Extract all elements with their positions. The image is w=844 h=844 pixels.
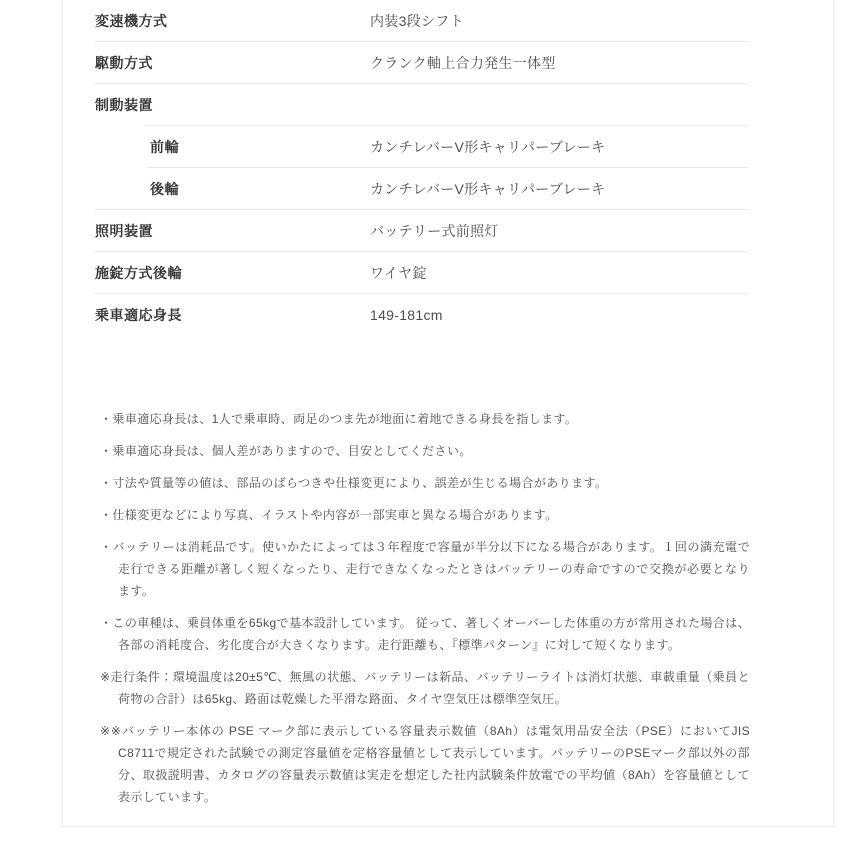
spec-value: バッテリー式前照灯 <box>370 221 748 241</box>
spec-value: クランク軸上合力発生一体型 <box>370 53 748 73</box>
note-driving-conditions: ※走行条件：環境温度は20±5℃、無風の状態、バッテリーは新品、バッテリーライト… <box>100 666 750 710</box>
spec-label: 変速機方式 <box>95 11 370 31</box>
spec-row-lock-type: 施錠方式後輪 ワイヤ錠 <box>95 252 748 293</box>
spec-row-lighting: 照明装置 バッテリー式前照灯 <box>95 210 748 251</box>
spec-label: 前輪 <box>95 137 370 157</box>
spec-label: 駆動方式 <box>95 53 370 73</box>
spec-row-braking-device: 制動装置 <box>95 84 748 125</box>
spec-value: カンチレバーV形キャリパーブレーキ <box>370 137 748 157</box>
note-battery-lifespan: ・バッテリーは消耗品です。使いかたによっては３年程度で容量が半分以下になる場合が… <box>100 536 750 602</box>
spec-row-transmission: 変速機方式 内装3段シフト <box>95 0 748 41</box>
spec-row-rider-height: 乗車適応身長 149-181cm <box>95 294 748 335</box>
spec-value: 内装3段シフト <box>370 11 748 31</box>
notes-section: ・乗車適応身長は、1人で乗車時、両足のつま先が地面に着地できる身長を指します。 … <box>100 408 750 818</box>
spec-value: 149-181cm <box>370 307 748 323</box>
note-rider-height-guideline: ・乗車適応身長は、個人差がありますので、目安としてください。 <box>100 440 750 462</box>
spec-row-rear-wheel: 後輪 カンチレバーV形キャリパーブレーキ <box>95 168 748 209</box>
spec-value: カンチレバーV形キャリパーブレーキ <box>370 179 748 199</box>
spec-label: 施錠方式後輪 <box>95 263 370 283</box>
note-rider-height-definition: ・乗車適応身長は、1人で乗車時、両足のつま先が地面に着地できる身長を指します。 <box>100 408 750 430</box>
note-spec-change: ・仕様変更などにより写真、イラストや内容が一部実車と異なる場合があります。 <box>100 504 750 526</box>
note-pse-battery-capacity: ※※バッテリー本体の PSE マーク部に表示している容量表示数値（8Ah）は電気… <box>100 720 750 808</box>
spec-label: 乗車適応身長 <box>95 305 370 325</box>
spec-value: ワイヤ錠 <box>370 263 748 283</box>
spec-label: 制動装置 <box>95 95 370 115</box>
note-rider-weight-design: ・この車種は、乗員体重を65kgで基本設計しています。 従って、著しくオーバーし… <box>100 612 750 656</box>
spec-table: 変速機方式 内装3段シフト 駆動方式 クランク軸上合力発生一体型 制動装置 前輪… <box>95 0 748 335</box>
spec-row-front-wheel: 前輪 カンチレバーV形キャリパーブレーキ <box>95 126 748 167</box>
note-dimension-tolerance: ・寸法や質量等の値は、部品のばらつきや仕様変更により、誤差が生じる場合があります… <box>100 472 750 494</box>
spec-row-drive-system: 駆動方式 クランク軸上合力発生一体型 <box>95 42 748 83</box>
spec-label: 照明装置 <box>95 221 370 241</box>
spec-label: 後輪 <box>95 179 370 199</box>
